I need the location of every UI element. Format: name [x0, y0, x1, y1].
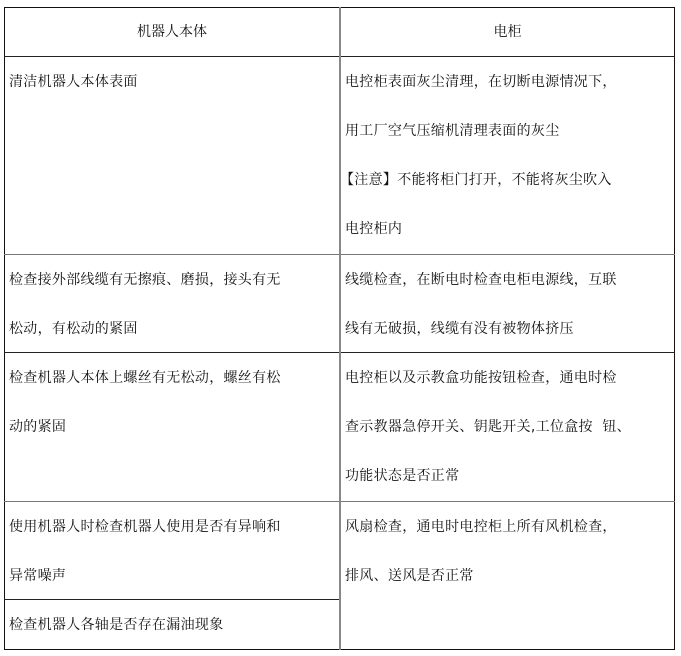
cell-text: 动的紧固: [9, 403, 335, 452]
cell-text: 清洁机器人本体表面: [9, 58, 335, 107]
cell-text: 风扇检查，通电时电控柜上所有风机检查，: [345, 503, 671, 552]
row-2-electric-cabinet: 线缆检查，在断电时检查电柜电源线，互联 线有无破损，线缆有没有被物体挤压: [345, 256, 671, 354]
cell-text: 线有无破损，线缆有没有被物体挤压: [345, 305, 671, 354]
row-4-sub-robot-body: 检查机器人各轴是否存在漏油现象: [9, 601, 335, 650]
cell-text: 检查接外部线缆有无擦痕、磨损，接头有无: [9, 256, 335, 305]
row-4-robot-body: 使用机器人时检查机器人使用是否有异响和 异常噪声: [9, 503, 335, 601]
cell-text: 电控柜内: [345, 205, 671, 254]
cell-text: 功能状态是否正常: [345, 452, 671, 501]
cell-text: 查示教器急停开关、钥匙开关,工位盒按 钮、: [345, 403, 671, 452]
cell-text: 检查机器人本体上螺丝有无松动，螺丝有松: [9, 354, 335, 403]
cell-text: 电控柜表面灰尘清理，在切断电源情况下，: [345, 58, 671, 107]
cell-text: 使用机器人时检查机器人使用是否有异响和: [9, 503, 335, 552]
cell-text: 用工厂空气压缩机清理表面的灰尘: [345, 107, 671, 156]
column-divider: [339, 7, 341, 650]
header-electric-cabinet: 电柜: [340, 7, 675, 57]
row-2-robot-body: 检查接外部线缆有无擦痕、磨损，接头有无 松动，有松动的紧固: [9, 256, 335, 354]
row-1-robot-body: 清洁机器人本体表面: [9, 58, 335, 107]
cell-text: 检查机器人各轴是否存在漏油现象: [9, 601, 335, 650]
cell-text: 异常噪声: [9, 552, 335, 601]
cell-text: 排风、送风是否正常: [345, 552, 671, 601]
row-1-electric-cabinet: 电控柜表面灰尘清理，在切断电源情况下， 用工厂空气压缩机清理表面的灰尘 【注意】…: [345, 58, 671, 254]
cell-text: 线缆检查，在断电时检查电柜电源线，互联: [345, 256, 671, 305]
row-4-electric-cabinet: 风扇检查，通电时电控柜上所有风机检查， 排风、送风是否正常: [345, 503, 671, 601]
header-robot-body: 机器人本体: [4, 7, 340, 57]
cell-text: 松动，有松动的紧固: [9, 305, 335, 354]
row-3-robot-body: 检查机器人本体上螺丝有无松动，螺丝有松 动的紧固: [9, 354, 335, 452]
cell-text: 【注意】不能将柜门打开，不能将灰尘吹入: [340, 156, 671, 205]
cell-text: 电控柜以及示教盒功能按钮检查，通电时检: [345, 354, 671, 403]
row-3-electric-cabinet: 电控柜以及示教盒功能按钮检查，通电时检 查示教器急停开关、钥匙开关,工位盒按 钮…: [345, 354, 671, 501]
